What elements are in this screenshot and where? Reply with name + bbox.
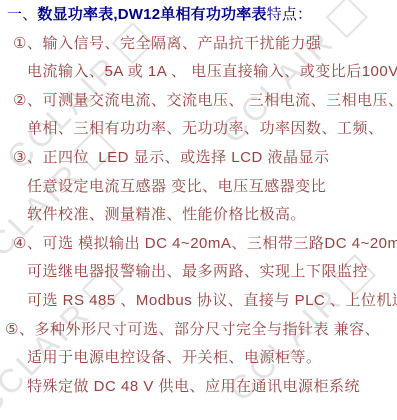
text-line: ④、可选 模拟输出 DC 4~20mA、三相带三路DC 4~20mA、 xyxy=(0,230,397,259)
heading-prefix: 一、 xyxy=(7,6,37,23)
text-line: 单相、三相有功功率、无功功率、功率因数、工频、 xyxy=(0,115,397,144)
text-line: 任意设定电流互感器 变比、电压互感器变比 xyxy=(0,173,397,202)
text-line: ①、输入信号、完全隔离、产品抗干扰能力强 xyxy=(0,30,397,59)
feature-text: 一、数显功率表,DW12单相有功功率表特点： ①、输入信号、完全隔离、产品抗干扰… xyxy=(0,1,397,401)
feature-list: ①、输入信号、完全隔离、产品抗干扰能力强电流输入、5A 或 1A 、 电压直接输… xyxy=(0,30,397,402)
text-line: 适用于电源电控设备、开关柜、电源柜等。 xyxy=(0,344,397,373)
text-line: 电流输入、5A 或 1A 、 电压直接输入、或变比后100V xyxy=(0,58,397,87)
text-line: 特殊定做 DC 48 V 供电、应用在通讯电源柜系统 xyxy=(0,373,397,402)
section-heading: 一、数显功率表,DW12单相有功功率表特点： xyxy=(0,1,397,30)
text-line: 软件校准、测量精准、性能价格比极高。 xyxy=(0,201,397,230)
text-line: ⑤、多种外形尺寸可选、部分尺寸完全与指针表 兼容、 xyxy=(0,316,397,345)
document-page: CCLAIRCCLAIRCCLAIRCCLAIRCCLAIR 一、数显功率表,D… xyxy=(0,0,397,420)
heading-product-name: 数显功率表,DW12单相有功功率表 xyxy=(37,6,266,23)
text-line: ②、可测量交流电流、交流电压、 三相电流、三相电压、 xyxy=(0,87,397,116)
text-line: 可选继电器报警输出、最多两路、实现上下限监控 xyxy=(0,258,397,287)
heading-suffix: 特点： xyxy=(267,6,313,23)
text-line: ③、正四位 LED 显示、或选择 LCD 液晶显示 xyxy=(0,144,397,173)
text-line: 可选 RS 485 、Modbus 协议、直接与 PLC 、上位机通讯 xyxy=(0,287,397,316)
